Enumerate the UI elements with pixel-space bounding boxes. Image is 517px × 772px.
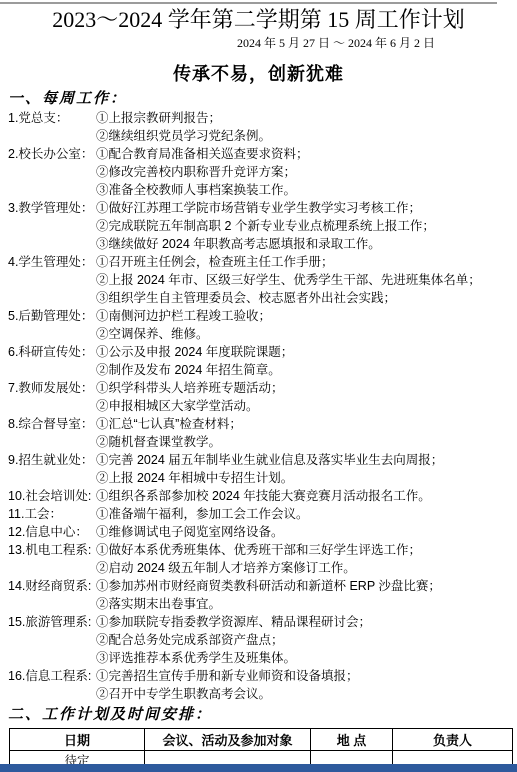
- work-item: 7.教师发展处： ①织学科带头人培养班专题活动；②申报相城区大家学堂活动。: [8, 379, 513, 415]
- bottom-window-edge-bar: [0, 764, 517, 772]
- work-item: 9.招生就业处： ①完善 2024 届五年制毕业生就业信息及落实毕业生去向周报；…: [8, 451, 513, 487]
- task-list: ①做好江苏理工学院市场营销专业学生教学实习考核工作；②完成联院五年制高职 2 个…: [96, 199, 513, 253]
- task-line: ①配合教育局准备相关巡查要求资料；: [96, 145, 513, 163]
- task-list: ①维修调试电子阅览室网络设备。: [96, 523, 513, 541]
- department-label: 5.后勤管理处：: [8, 307, 96, 343]
- task-line: ①上报宗教研判报告；: [96, 109, 513, 127]
- task-list: ①上报宗教研判报告；②继续组织党员学习党纪条例。: [96, 109, 513, 145]
- schedule-col-header: 会议、活动及参加对象: [145, 729, 311, 751]
- task-list: ①组织各系部参加校 2024 年技能大赛竞赛月活动报名工作。: [96, 487, 513, 505]
- work-item: 2.校长办公室： ①配合教育局准备相关巡查要求资料；②修改完善校内职称晋升竞评方…: [8, 145, 513, 199]
- task-line: ③继续做好 2024 年职教高考志愿填报和录取工作。: [96, 235, 513, 253]
- task-line: ③组织学生自主管理委员会、校志愿者外出社会实践；: [96, 289, 513, 307]
- work-item: 5.后勤管理处： ①南侧河边护栏工程竣工验收；②空调保养、维修。: [8, 307, 513, 343]
- task-list: ①汇总“七认真”检查材料；②随机督查课堂教学。: [96, 415, 513, 451]
- task-line: ②上报 2024 年市、区级三好学生、优秀学生干部、先进班集体名单；: [96, 271, 513, 289]
- work-item: 15.旅游管理系: ①参加联院专指委教学资源库、精品课程研讨会；②配合总务处完成…: [8, 613, 513, 667]
- task-line: ①做好本系优秀班集体、优秀班干部和三好学生评选工作；: [96, 541, 513, 559]
- work-item: 6.科研宣传处： ①公示及申报 2024 年度联院课题；②制作及发布 2024 …: [8, 343, 513, 379]
- department-label: 6.科研宣传处：: [8, 343, 96, 379]
- department-label: 15.旅游管理系:: [8, 613, 96, 667]
- task-list: ①配合教育局准备相关巡查要求资料；②修改完善校内职称晋升竞评方案；③准备全校教师…: [96, 145, 513, 199]
- task-list: ①做好本系优秀班集体、优秀班干部和三好学生评选工作；②启动 2024 级五年制人…: [96, 541, 513, 577]
- document-title: 2023～2024 学年第二学期第 15 周工作计划: [0, 6, 517, 34]
- task-line: ①织学科带头人培养班专题活动；: [96, 379, 513, 397]
- task-line: ②召开中专学生职教高考会议。: [96, 685, 513, 703]
- task-list: ①公示及申报 2024 年度联院课题；②制作及发布 2024 年招生简章。: [96, 343, 513, 379]
- task-line: ①做好江苏理工学院市场营销专业学生教学实习考核工作；: [96, 199, 513, 217]
- task-line: ①汇总“七认真”检查材料；: [96, 415, 513, 433]
- task-line: ②随机督查课堂教学。: [96, 433, 513, 451]
- work-item: 11.工会： ①准备端午福利，参加工会工作会议。: [8, 505, 513, 523]
- task-list: ①完善招生宣传手册和新专业师资和设备填报；②召开中专学生职教高考会议。: [96, 667, 513, 703]
- schedule-col-header: 日期: [10, 729, 145, 751]
- department-label: 4.学生管理处：: [8, 253, 96, 307]
- task-line: ①南侧河边护栏工程竣工验收；: [96, 307, 513, 325]
- task-line: ①准备端午福利，参加工会工作会议。: [96, 505, 513, 523]
- department-label: 2.校长办公室：: [8, 145, 96, 199]
- department-label: 13.机电工程系:: [8, 541, 96, 577]
- task-line: ②修改完善校内职称晋升竞评方案；: [96, 163, 513, 181]
- date-range: 2024 年 5 月 27 日 ～ 2024 年 6 月 2 日: [0, 35, 517, 51]
- section2-heading: 二、工作计划及时间安排：: [8, 706, 517, 724]
- department-label: 12.信息中心：: [8, 523, 96, 541]
- task-line: ①完善 2024 届五年制毕业生就业信息及落实毕业生去向周报；: [96, 451, 513, 469]
- task-line: ②启动 2024 级五年制人才培养方案修订工作。: [96, 559, 513, 577]
- task-line: ①维修调试电子阅览室网络设备。: [96, 523, 513, 541]
- task-line: ③评选推荐本系优秀学生及班集体。: [96, 649, 513, 667]
- task-line: ②配合总务处完成系部资产盘点；: [96, 631, 513, 649]
- schedule-col-header: 地 点: [311, 729, 393, 751]
- department-label: 7.教师发展处：: [8, 379, 96, 415]
- slogan-text: 传承不易，创新犹难: [0, 62, 517, 86]
- department-label: 9.招生就业处：: [8, 451, 96, 487]
- task-line: ①参加联院专指委教学资源库、精品课程研讨会；: [96, 613, 513, 631]
- schedule-col-header: 负责人: [393, 729, 513, 751]
- task-line: ①召开班主任例会，检查班主任工作手册；: [96, 253, 513, 271]
- task-line: ③准备全校教师人事档案换装工作。: [96, 181, 513, 199]
- task-line: ②上报 2024 年相城中专招生计划。: [96, 469, 513, 487]
- department-label: 10.社会培训处:: [8, 487, 96, 505]
- document-page: 2023～2024 学年第二学期第 15 周工作计划 2024 年 5 月 27…: [0, 0, 517, 772]
- task-line: ①组织各系部参加校 2024 年技能大赛竞赛月活动报名工作。: [96, 487, 513, 505]
- task-list: ①完善 2024 届五年制毕业生就业信息及落实毕业生去向周报；②上报 2024 …: [96, 451, 513, 487]
- task-line: ②申报相城区大家学堂活动。: [96, 397, 513, 415]
- task-line: ②制作及发布 2024 年招生简章。: [96, 361, 513, 379]
- task-list: ①准备端午福利，参加工会工作会议。: [96, 505, 513, 523]
- department-label: 1.党总支：: [8, 109, 96, 145]
- work-item: 4.学生管理处： ①召开班主任例会，检查班主任工作手册；②上报 2024 年市、…: [8, 253, 513, 307]
- task-line: ①完善招生宣传手册和新专业师资和设备填报；: [96, 667, 513, 685]
- department-label: 3.教学管理处：: [8, 199, 96, 253]
- task-list: ①参加联院专指委教学资源库、精品课程研讨会；②配合总务处完成系部资产盘点；③评选…: [96, 613, 513, 667]
- task-line: ②完成联院五年制高职 2 个新专业专业点梳理系统上报工作；: [96, 217, 513, 235]
- task-line: ②继续组织党员学习党纪条例。: [96, 127, 513, 145]
- department-label: 8.综合督导室：: [8, 415, 96, 451]
- department-label: 14.财经商贸系:: [8, 577, 96, 613]
- task-list: ①织学科带头人培养班专题活动；②申报相城区大家学堂活动。: [96, 379, 513, 415]
- work-item: 3.教学管理处： ①做好江苏理工学院市场营销专业学生教学实习考核工作；②完成联院…: [8, 199, 513, 253]
- work-item: 12.信息中心： ①维修调试电子阅览室网络设备。: [8, 523, 513, 541]
- work-item: 8.综合督导室： ①汇总“七认真”检查材料；②随机督查课堂教学。: [8, 415, 513, 451]
- task-list: ①南侧河边护栏工程竣工验收；②空调保养、维修。: [96, 307, 513, 343]
- task-line: ①参加苏州市财经商贸类教科研活动和新道杯 ERP 沙盘比赛；: [96, 577, 513, 595]
- work-item: 14.财经商贸系: ①参加苏州市财经商贸类教科研活动和新道杯 ERP 沙盘比赛；…: [8, 577, 513, 613]
- top-border-line: [0, 2, 497, 4]
- department-label: 16.信息工程系:: [8, 667, 96, 703]
- task-list: ①参加苏州市财经商贸类教科研活动和新道杯 ERP 沙盘比赛；②落实期末出卷事宜。: [96, 577, 513, 613]
- task-line: ①公示及申报 2024 年度联院课题；: [96, 343, 513, 361]
- task-list: ①召开班主任例会，检查班主任工作手册；②上报 2024 年市、区级三好学生、优秀…: [96, 253, 513, 307]
- work-item: 16.信息工程系: ①完善招生宣传手册和新专业师资和设备填报；②召开中专学生职教…: [8, 667, 513, 703]
- work-item: 10.社会培训处: ①组织各系部参加校 2024 年技能大赛竞赛月活动报名工作。: [8, 487, 513, 505]
- work-item: 1.党总支： ①上报宗教研判报告；②继续组织党员学习党纪条例。: [8, 109, 513, 145]
- schedule-table-header-row: 日期会议、活动及参加对象地 点负责人: [10, 729, 513, 751]
- section1-heading: 一、每周工作：: [8, 90, 517, 108]
- weekly-work-list: 1.党总支： ①上报宗教研判报告；②继续组织党员学习党纪条例。 2.校长办公室：…: [8, 109, 513, 703]
- department-label: 11.工会：: [8, 505, 96, 523]
- work-item: 13.机电工程系: ①做好本系优秀班集体、优秀班干部和三好学生评选工作；②启动 …: [8, 541, 513, 577]
- task-line: ②空调保养、维修。: [96, 325, 513, 343]
- task-line: ②落实期末出卷事宜。: [96, 595, 513, 613]
